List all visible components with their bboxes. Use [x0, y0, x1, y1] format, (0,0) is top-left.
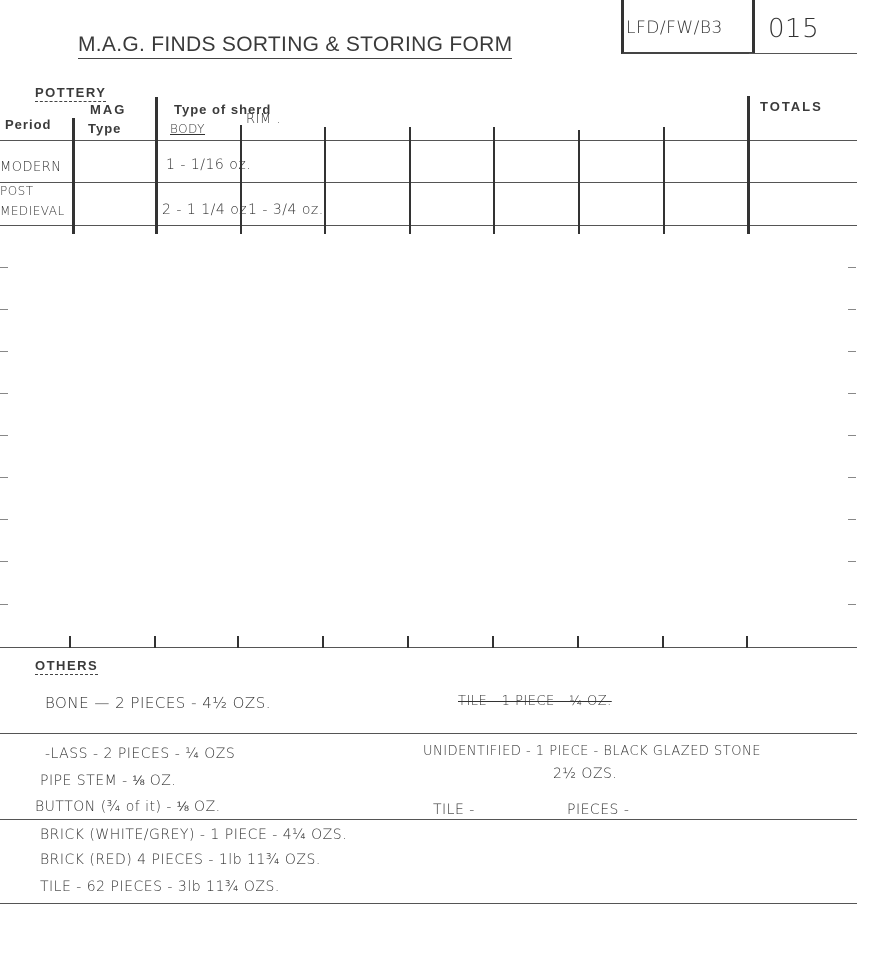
pottery-section-label: POTTERY [35, 85, 106, 102]
ref-underline [749, 53, 857, 54]
row-period-modern: MODERN [0, 160, 61, 175]
edge-mark [0, 393, 8, 394]
edge-mark [848, 267, 856, 268]
edge-mark [848, 435, 856, 436]
edge-mark [0, 435, 8, 436]
others-entry-tile-label: TILE - [433, 802, 475, 818]
grid-line [72, 118, 75, 234]
grid-line [0, 140, 857, 141]
grid-tick [662, 636, 664, 648]
grid-line [0, 225, 857, 226]
row-body-modern: 1 - 1/16 oz. [166, 157, 251, 173]
others-entry-tile-pieces: PIECES - [567, 802, 629, 818]
grid-tick [746, 636, 748, 648]
row-divider [0, 819, 857, 820]
edge-mark [0, 477, 8, 478]
edge-mark [848, 519, 856, 520]
form-title: M.A.G. FINDS SORTING & STORING FORM [78, 33, 512, 59]
rim-subheader: RIM . [246, 112, 281, 127]
edge-mark [0, 309, 8, 310]
grid-line [663, 127, 665, 234]
edge-mark [0, 519, 8, 520]
edge-mark [848, 604, 856, 605]
grid-tick [407, 636, 409, 648]
grid-line [493, 127, 495, 234]
body-subheader: BODY [170, 122, 205, 136]
edge-mark [848, 393, 856, 394]
others-entry-tile-struck: TILE - 1 PIECE - ¼ OZ. [458, 694, 612, 709]
row-divider [0, 733, 857, 734]
others-entry-brick-red: BRICK (RED) 4 PIECES - 1lb 11¾ OZS. [40, 852, 321, 868]
grid-line [409, 127, 411, 234]
form-number: 015 [768, 14, 819, 44]
mag-type-header-line2: Type [88, 121, 121, 136]
others-section-label: OTHERS [35, 658, 98, 675]
row-period-post-medieval-line2: MEDIEVAL [0, 204, 65, 218]
row-body-post-medieval: 2 - 1 1/4 oz [162, 202, 247, 218]
others-entry-bone: BONE — 2 PIECES - 4½ OZS. [45, 694, 271, 712]
grid-line [0, 647, 857, 648]
grid-line [578, 130, 580, 234]
others-entry-pipe-stem: PIPE STEM - ⅛ OZ. [40, 772, 176, 789]
grid-tick [237, 636, 239, 648]
grid-line [0, 182, 857, 183]
row-rim-post-medieval: 1 - 3/4 oz. [248, 202, 324, 218]
edge-mark [848, 477, 856, 478]
edge-mark [848, 309, 856, 310]
edge-mark [848, 561, 856, 562]
reference-code: LFD/FW/B3 [626, 18, 723, 38]
grid-line [155, 97, 158, 234]
edge-mark [0, 267, 8, 268]
others-entry-brick-white: BRICK (WHITE/GREY) - 1 PIECE - 4¼ OZS. [40, 827, 347, 843]
edge-mark [0, 604, 8, 605]
others-entry-button: BUTTON (¾ of it) - ⅛ OZ. [35, 798, 221, 815]
edge-mark [0, 561, 8, 562]
grid-tick [577, 636, 579, 648]
mag-type-header-line1: MAG [90, 102, 126, 117]
others-entry-tile-62: TILE - 62 PIECES - 3lb 11¾ OZS. [40, 879, 280, 895]
others-entry-glass: -LASS - 2 PIECES - ¼ OZS [45, 746, 235, 762]
others-entry-unidentified: UNIDENTIFIED - 1 PIECE - BLACK GLAZED ST… [423, 744, 761, 759]
totals-header: TOTALS [760, 99, 823, 114]
others-entry-unidentified-weight: 2½ OZS. [553, 766, 617, 782]
grid-tick [154, 636, 156, 648]
grid-line [747, 96, 750, 234]
grid-line [324, 127, 326, 234]
grid-tick [69, 636, 71, 648]
row-period-post-medieval-line1: POST [0, 184, 34, 198]
edge-mark [848, 351, 856, 352]
grid-tick [322, 636, 324, 648]
edge-mark [0, 351, 8, 352]
period-header: Period [5, 117, 51, 132]
row-divider [0, 903, 857, 904]
grid-tick [492, 636, 494, 648]
